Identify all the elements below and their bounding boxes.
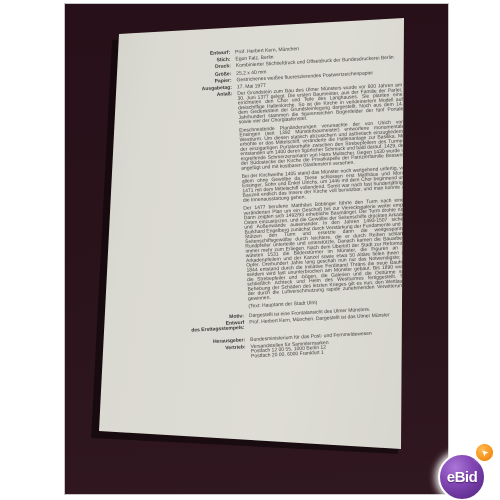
ebid-logo-label: eBid: [447, 469, 478, 486]
ebid-listing-screenshot: { "colors": { "page_bg": "#ffffff", "pho…: [0, 0, 500, 500]
ebid-arrow-badge: ➤: [475, 443, 494, 462]
info-value: Der Grundstein zum Bau des Ulmer Münster…: [237, 83, 404, 125]
arrow-up-left-icon: ➤: [479, 447, 491, 459]
listing-photo: Entwurf: Prof. Herbert Kern, München Sti…: [64, 3, 449, 495]
document-sheet: Entwurf: Prof. Herbert Kern, München Sti…: [65, 4, 448, 494]
body-paragraph: Bei der Kirchweihe 1405 stand das Münste…: [242, 166, 408, 203]
body-paragraph: Der 1477 berufene Matthäus Böblinger füh…: [243, 198, 413, 302]
document-content: Entwurf: Prof. Herbert Kern, München Sti…: [119, 19, 424, 367]
body-paragraph: Einschneidende Planänderungen verursacht…: [239, 119, 406, 170]
